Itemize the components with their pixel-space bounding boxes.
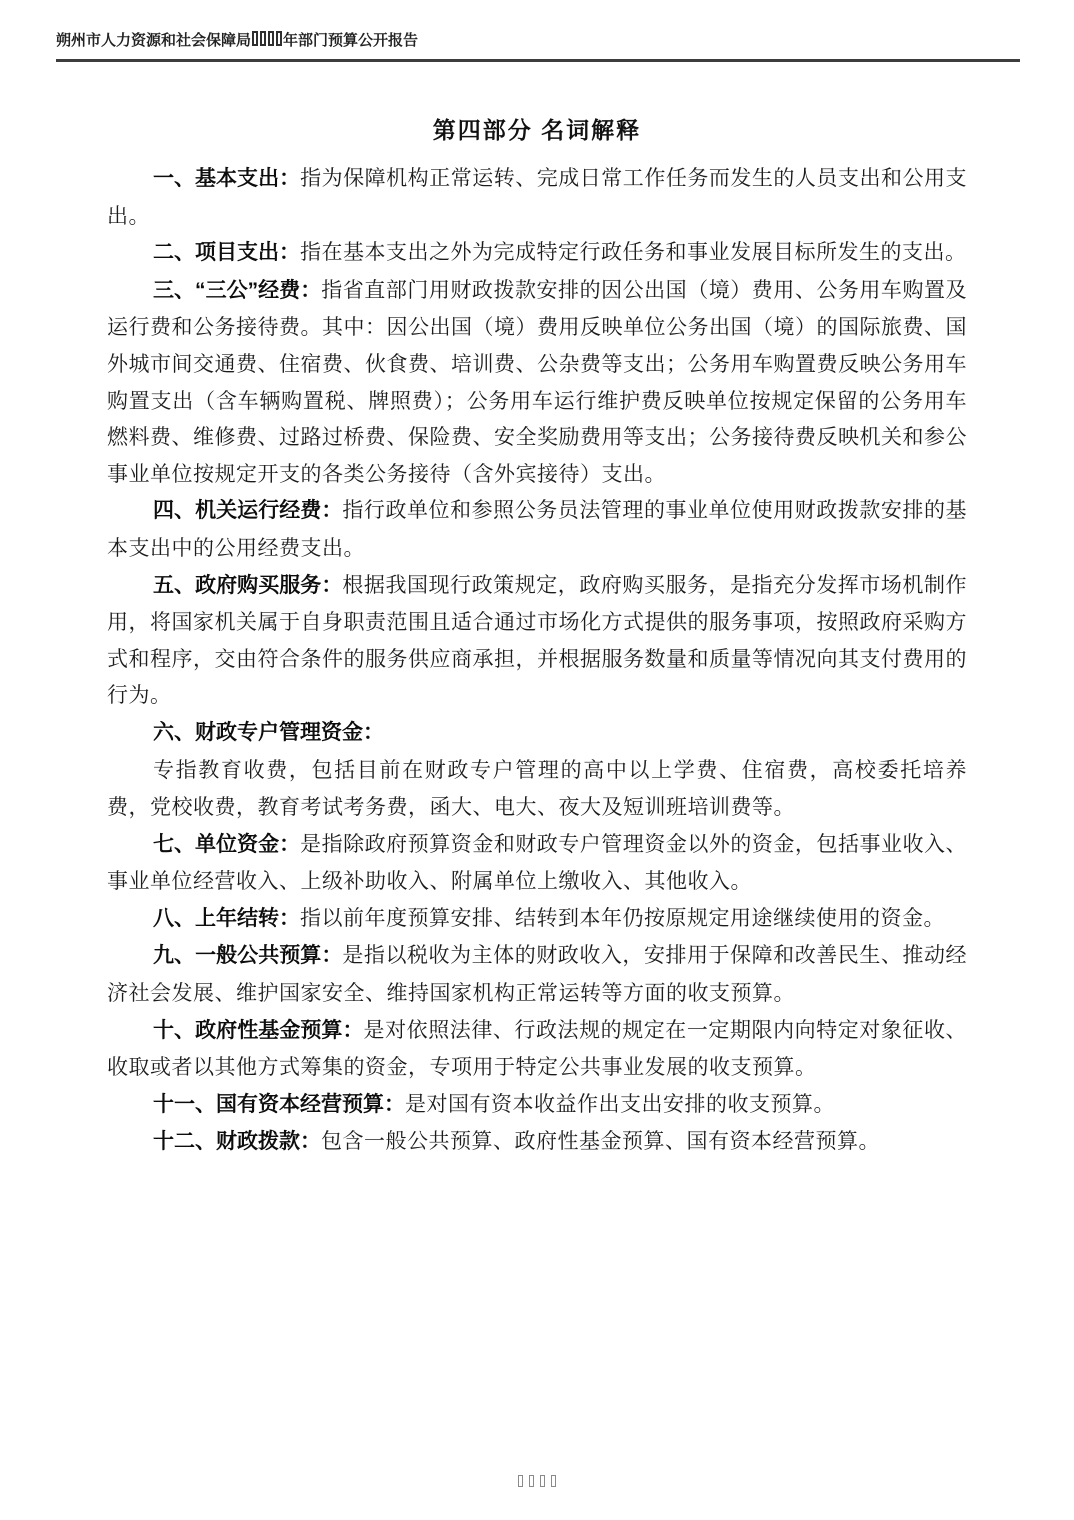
page-footer — [0, 1474, 1074, 1492]
missing-glyph-box — [252, 31, 258, 46]
paragraph: 十、政府性基金预算：是对依照法律、行政法规的规定在一定期限内向特定对象征收、收取… — [107, 1012, 967, 1086]
paragraph: 专指教育收费，包括目前在财政专户管理的高中以上学费、住宿费，高校委托培养费，党校… — [107, 752, 967, 826]
paragraph: 九、一般公共预算：是指以税收为主体的财政收入，安排用于保障和改善民生、推动经济社… — [107, 937, 967, 1011]
header-title-prefix: 朔州市人力资源和社会保障局 — [56, 32, 251, 49]
paragraph: 八、上年结转：指以前年度预算安排、结转到本年仍按原规定用途继续使用的资金。 — [107, 900, 967, 938]
missing-glyph-box — [268, 31, 274, 46]
page-number-placeholder — [515, 1474, 559, 1491]
page-header: 朔州市人力资源和社会保障局年部门预算公开报告 — [56, 30, 1020, 62]
paragraph-label: 二、项目支出： — [153, 241, 300, 264]
paragraph: 十二、财政拨款：包含一般公共预算、政府性基金预算、国有资本经营预算。 — [107, 1123, 967, 1161]
paragraph-label: 一、基本支出： — [153, 167, 300, 190]
paragraph: 二、项目支出：指在基本支出之外为完成特定行政任务和事业发展目标所发生的支出。 — [107, 234, 967, 272]
paragraph-text: 指省直部门用财政拨款安排的因公出国（境）费用、公务用车购置及运行费和公务接待费。… — [107, 278, 967, 486]
paragraph-label: 十、政府性基金预算： — [153, 1019, 364, 1042]
header-title: 朔州市人力资源和社会保障局年部门预算公开报告 — [56, 32, 418, 49]
missing-glyph-box — [529, 1475, 534, 1487]
paragraph: 十一、国有资本经营预算：是对国有资本收益作出支出安排的收支预算。 — [107, 1086, 967, 1124]
missing-glyph-box — [551, 1475, 556, 1487]
paragraph-label: 六、财政专户管理资金： — [153, 721, 384, 744]
paragraph-label: 九、一般公共预算： — [153, 944, 342, 967]
document-body: 一、基本支出：指为保障机构正常运转、完成日常工作任务而发生的人员支出和公用支出。… — [107, 160, 967, 1161]
paragraph: 四、机关运行经费：指行政单位和参照公务员法管理的事业单位使用财政拨款安排的基本支… — [107, 492, 967, 566]
missing-glyph-box — [260, 31, 266, 46]
header-title-suffix: 年部门预算公开报告 — [283, 32, 418, 49]
missing-glyph-box — [540, 1475, 545, 1487]
paragraph-label: 八、上年结转： — [153, 907, 300, 930]
paragraph-text: 专指教育收费，包括目前在财政专户管理的高中以上学费、住宿费，高校委托培养费，党校… — [107, 758, 967, 820]
paragraph-label: 三、“三公”经费： — [153, 279, 321, 302]
document-page: 朔州市人力资源和社会保障局年部门预算公开报告 第四部分 名词解释 一、基本支出：… — [0, 0, 1074, 1520]
paragraph: 六、财政专户管理资金： — [107, 714, 967, 752]
paragraph-label: 七、单位资金： — [153, 833, 300, 856]
paragraph-text: 包含一般公共预算、政府性基金预算、国有资本经营预算。 — [321, 1129, 880, 1153]
paragraph-label: 十一、国有资本经营预算： — [153, 1093, 405, 1116]
paragraph-label: 十二、财政拨款： — [153, 1130, 321, 1153]
missing-glyph-box — [518, 1475, 523, 1487]
missing-glyph-box — [276, 31, 282, 46]
paragraph-label: 四、机关运行经费： — [153, 499, 342, 522]
paragraph: 五、政府购买服务：根据我国现行政策规定，政府购买服务，是指充分发挥市场机制作用，… — [107, 567, 967, 714]
paragraph-text: 指以前年度预算安排、结转到本年仍按原规定用途继续使用的资金。 — [300, 906, 945, 930]
paragraph-text: 指在基本支出之外为完成特定行政任务和事业发展目标所发生的支出。 — [300, 240, 967, 264]
paragraph-label: 五、政府购买服务： — [153, 574, 342, 597]
paragraph: 三、“三公”经费：指省直部门用财政拨款安排的因公出国（境）费用、公务用车购置及运… — [107, 272, 967, 493]
paragraph: 七、单位资金：是指除政府预算资金和财政专户管理资金以外的资金，包括事业收入、事业… — [107, 826, 967, 900]
paragraph: 一、基本支出：指为保障机构正常运转、完成日常工作任务而发生的人员支出和公用支出。 — [107, 160, 967, 234]
page-title: 第四部分 名词解释 — [0, 112, 1074, 145]
paragraph-text: 是对国有资本收益作出支出安排的收支预算。 — [405, 1092, 835, 1116]
missing-year-glyphs — [251, 32, 283, 49]
